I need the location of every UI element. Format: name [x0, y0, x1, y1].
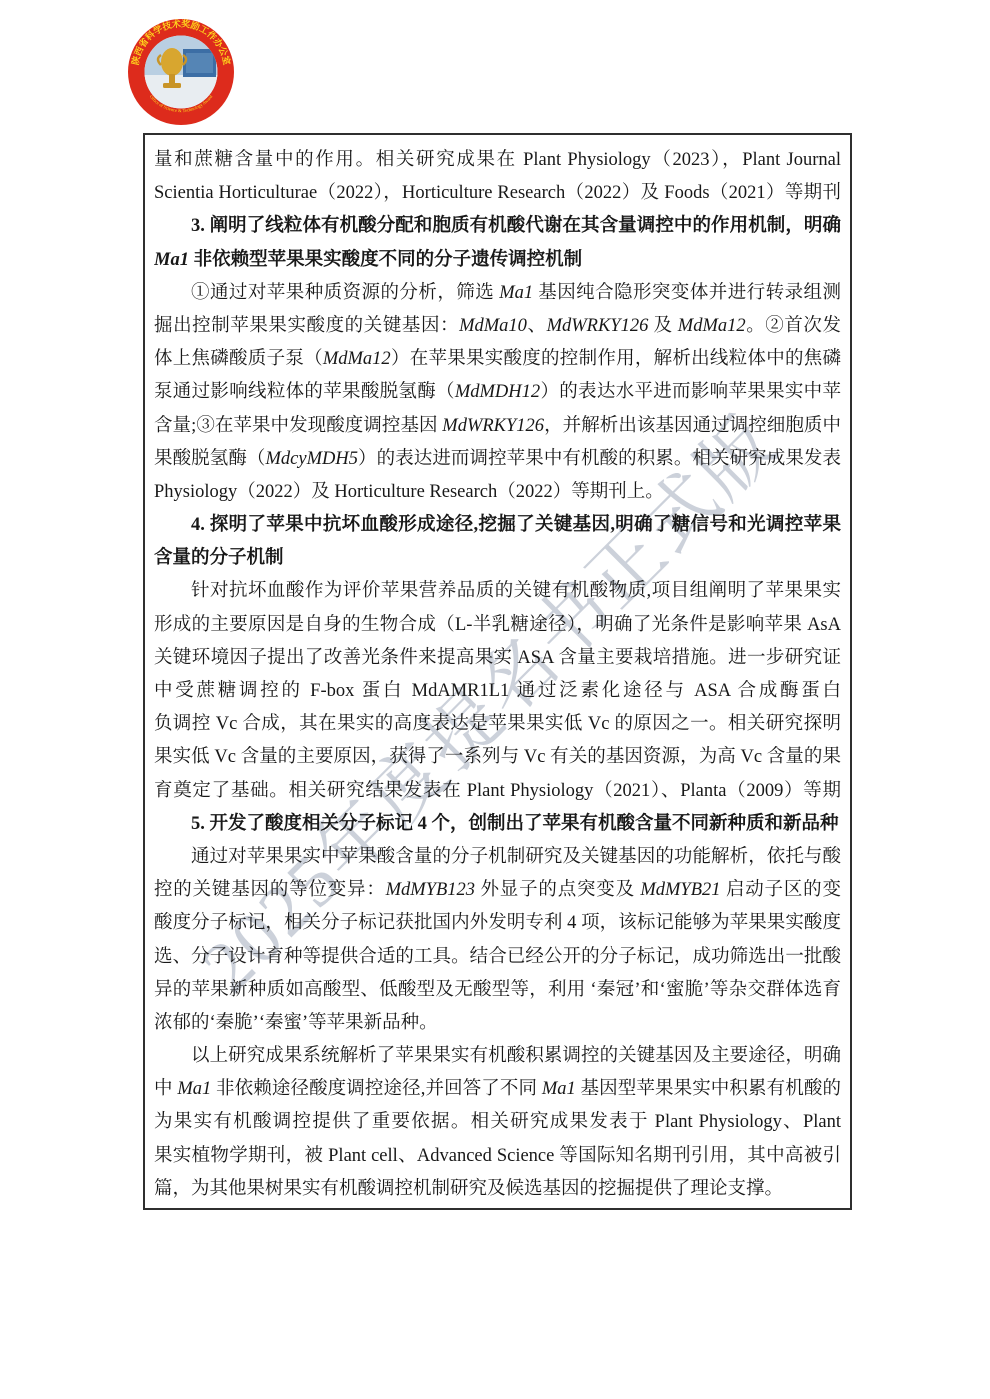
text-segment: 量和蔗糖含量中的作用。相关研究成果在 Plant Physiology（2023…	[154, 150, 841, 177]
text-segment: MdWRKY126	[442, 416, 544, 436]
text-segment: 控的关键基因的等位变异：	[154, 880, 386, 900]
document-line: 量和蔗糖含量中的作用。相关研究成果在 Plant Physiology（2023…	[154, 144, 841, 177]
document-line: 3. 阐明了线粒体有机酸分配和胞质有机酸代谢在其含量调控中的作用机制，明确了	[154, 210, 841, 243]
text-segment: 中	[154, 1079, 177, 1099]
text-segment: MdWRKY126	[547, 316, 649, 336]
text-segment: 关键环境因子提出了改善光条件来提高果实 ASA 含量主要栽培措施。进一步研究证实…	[154, 648, 841, 675]
text-segment: Scientia Horticulturae（2022），Horticultur…	[154, 183, 841, 210]
text-segment: 为果实有机酸调控提供了重要依据。相关研究成果发表于 Plant Physiolo…	[154, 1112, 841, 1139]
text-segment: 中受蔗糖调控的 F-box 蛋白 MdAMR1L1 通过泛素化途径与 ASA 合…	[154, 681, 841, 708]
text-segment: 针对抗坏血酸作为评价苹果营养品质的关键有机酸物质,项目组阐明了苹果果实中 AsA	[154, 581, 841, 608]
document-line: Scientia Horticulturae（2022），Horticultur…	[154, 177, 841, 210]
document-line: 酸度分子标记，相关分子标记获批国内外发明专利 4 项，该标记能够为苹果果实酸度的…	[154, 907, 841, 940]
text-segment: 5. 开发了酸度相关分子标记 4 个，创制出了苹果有机酸含量不同新种质和新品种	[191, 814, 839, 834]
text-segment: 浓郁的‘秦脆’‘秦蜜’等苹果新品种。	[154, 1013, 438, 1033]
document-line: 育奠定了基础。相关研究结果发表在 Plant Physiology（2021）、…	[154, 775, 841, 808]
text-segment: 非依赖途径酸度调控途径,并回答了不同	[211, 1079, 542, 1099]
text-segment: 体上焦磷酸质子泵（	[154, 349, 323, 369]
text-segment: ①通过对苹果种质资源的分析，筛选	[191, 283, 499, 303]
text-segment: Ma1	[177, 1079, 211, 1099]
text-segment: 掘出控制苹果果实酸度的关键基因：	[154, 316, 459, 336]
content-box: 量和蔗糖含量中的作用。相关研究成果在 Plant Physiology（2023…	[143, 133, 852, 1210]
org-seal: 陕西省科学技术奖励工作办公室 Office of Science & Techn…	[126, 17, 236, 127]
text-segment: 泵通过影响线粒体的苹果酸脱氢酶（	[154, 382, 455, 402]
text-segment: MdcyMDH5	[265, 449, 357, 469]
text-segment: 酸度分子标记，相关分子标记获批国内外发明专利 4 项，该标记能够为苹果果实酸度的…	[154, 913, 841, 940]
text-segment: 3. 阐明了线粒体有机酸分配和胞质有机酸代谢在其含量调控中的作用机制，明确了	[154, 216, 841, 243]
text-segment: MdMa12	[678, 316, 746, 336]
document-line: Physiology（2022）及 Horticulture Research（…	[154, 476, 841, 509]
text-segment: 果酸脱氢酶（	[154, 449, 265, 469]
text-segment: Ma1	[499, 283, 533, 303]
text-segment: 异的苹果新种质如高酸型、低酸型及无酸型等，利用 ‘秦冠’和‘蜜脆’等杂交群体选育…	[154, 980, 841, 1007]
text-segment: MdMYB21	[640, 880, 720, 900]
text-segment: 4. 探明了苹果中抗坏血酸形成途径,挖掘了关键基因,明确了糖信号和光调控苹果 A…	[154, 515, 841, 542]
text-segment: 选、分子设计育种等提供合适的工具。结合已经公开的分子标记，成功筛选出一批酸度特	[154, 947, 841, 974]
document-line: 中 Ma1 非依赖途径酸度调控途径,并回答了不同 Ma1 基因型苹果果实中积累有…	[154, 1073, 841, 1106]
text-segment: 及	[648, 316, 677, 336]
document-line: 以上研究成果系统解析了苹果果实有机酸积累调控的关键基因及主要途径，明确苹果	[154, 1040, 841, 1073]
document-line: 体上焦磷酸质子泵（MdMa12）在苹果果实酸度的控制作用，解析出线粒体中的焦磷酸…	[154, 343, 841, 376]
document-line: 中受蔗糖调控的 F-box 蛋白 MdAMR1L1 通过泛素化途径与 ASA 合…	[154, 675, 841, 708]
document-line: 关键环境因子提出了改善光条件来提高果实 ASA 含量主要栽培措施。进一步研究证实…	[154, 642, 841, 675]
text-segment: 通过对苹果果实中苹果酸含量的分子机制研究及关键基因的功能解析，依托与酸度调	[154, 847, 841, 874]
text-segment: 外显子的点突变及	[475, 880, 640, 900]
document-line: 针对抗坏血酸作为评价苹果营养品质的关键有机酸物质,项目组阐明了苹果果实中 AsA	[154, 575, 841, 608]
text-segment: MdMYB123	[386, 880, 475, 900]
text-segment: 含量;③在苹果中发现酸度调控基因	[154, 416, 442, 436]
text-segment: Ma1	[542, 1079, 576, 1099]
document-line: 形成的主要原因是自身的生物合成（L-半乳糖途径），明确了光条件是影响苹果 AsA…	[154, 609, 841, 642]
document-line: 负调控 Vc 合成，其在果实的高度表达是苹果果实低 Vc 的原因之一。相关研究探…	[154, 708, 841, 741]
document-line: 含量;③在苹果中发现酸度调控基因 MdWRKY126，并解析出该基因通过调控细胞…	[154, 410, 841, 443]
document-line: Ma1 非依赖型苹果果实酸度不同的分子遗传调控机制	[154, 244, 841, 277]
text-segment: 负调控 Vc 合成，其在果实的高度表达是苹果果实低 Vc 的原因之一。相关研究探…	[154, 714, 841, 741]
document-line: 含量的分子机制	[154, 542, 841, 575]
document-line: 浓郁的‘秦脆’‘秦蜜’等苹果新品种。	[154, 1007, 841, 1040]
document-line: ①通过对苹果种质资源的分析，筛选 Ma1 基因纯合隐形突变体并进行转录组测序，挖	[154, 277, 841, 310]
text-segment: Physiology（2022）及 Horticulture Research（…	[154, 482, 664, 502]
text-segment: 含量的分子机制	[154, 548, 284, 568]
document-page: 2025年度提名书正式版 陕西省科学技术奖励工作办公室 Office of Sc…	[0, 0, 990, 1399]
text-segment: MdMDH12	[455, 382, 540, 402]
document-line: 选、分子设计育种等提供合适的工具。结合已经公开的分子标记，成功筛选出一批酸度特	[154, 941, 841, 974]
document-line: 4. 探明了苹果中抗坏血酸形成途径,挖掘了关键基因,明确了糖信号和光调控苹果 A…	[154, 509, 841, 542]
document-line: 果酸脱氢酶（MdcyMDH5）的表达进而调控苹果中有机酸的积累。相关研究成果发表…	[154, 443, 841, 476]
text-segment: 以上研究成果系统解析了苹果果实有机酸积累调控的关键基因及主要途径，明确苹果	[154, 1046, 841, 1073]
document-line: 5. 开发了酸度相关分子标记 4 个，创制出了苹果有机酸含量不同新种质和新品种	[154, 808, 841, 841]
text-segment: 育奠定了基础。相关研究结果发表在 Plant Physiology（2021）、…	[154, 781, 841, 808]
text-segment: MdMa10	[459, 316, 527, 336]
text-segment: 果实低 Vc 含量的主要原因，获得了一系列与 Vc 有关的基因资源，为高 Vc …	[154, 747, 841, 774]
document-line: 掘出控制苹果果实酸度的关键基因：MdMa10、MdWRKY126 及 MdMa1…	[154, 310, 841, 343]
text-segment: 非依赖型苹果果实酸度不同的分子遗传调控机制	[189, 250, 582, 270]
document-line: 果实低 Vc 含量的主要原因，获得了一系列与 Vc 有关的基因资源，为高 Vc …	[154, 741, 841, 774]
document-line: 果实植物学期刊，被 Plant cell、Advanced Science 等国…	[154, 1140, 841, 1173]
text-segment: 篇，为其他果树果实有机酸调控机制研究及候选基因的挖掘提供了理论支撑。	[154, 1179, 783, 1199]
document-line: 为果实有机酸调控提供了重要依据。相关研究成果发表于 Plant Physiolo…	[154, 1106, 841, 1139]
document-line: 异的苹果新种质如高酸型、低酸型及无酸型等，利用 ‘秦冠’和‘蜜脆’等杂交群体选育…	[154, 974, 841, 1007]
document-line: 控的关键基因的等位变异：MdMYB123 外显子的点突变及 MdMYB21 启动…	[154, 874, 841, 907]
text-segment: MdMa12	[323, 349, 391, 369]
document-line: 泵通过影响线粒体的苹果酸脱氢酶（MdMDH12）的表达水平进而影响苹果果实中苹果…	[154, 376, 841, 409]
text-segment: 、	[527, 316, 547, 336]
text-segment: 形成的主要原因是自身的生物合成（L-半乳糖途径），明确了光条件是影响苹果 AsA…	[154, 615, 841, 642]
text-segment: Ma1	[154, 250, 189, 270]
document-line: 通过对苹果果实中苹果酸含量的分子机制研究及关键基因的功能解析，依托与酸度调	[154, 841, 841, 874]
text-segment: 果实植物学期刊，被 Plant cell、Advanced Science 等国…	[154, 1146, 841, 1173]
document-line: 篇，为其他果树果实有机酸调控机制研究及候选基因的挖掘提供了理论支撑。	[154, 1173, 841, 1206]
